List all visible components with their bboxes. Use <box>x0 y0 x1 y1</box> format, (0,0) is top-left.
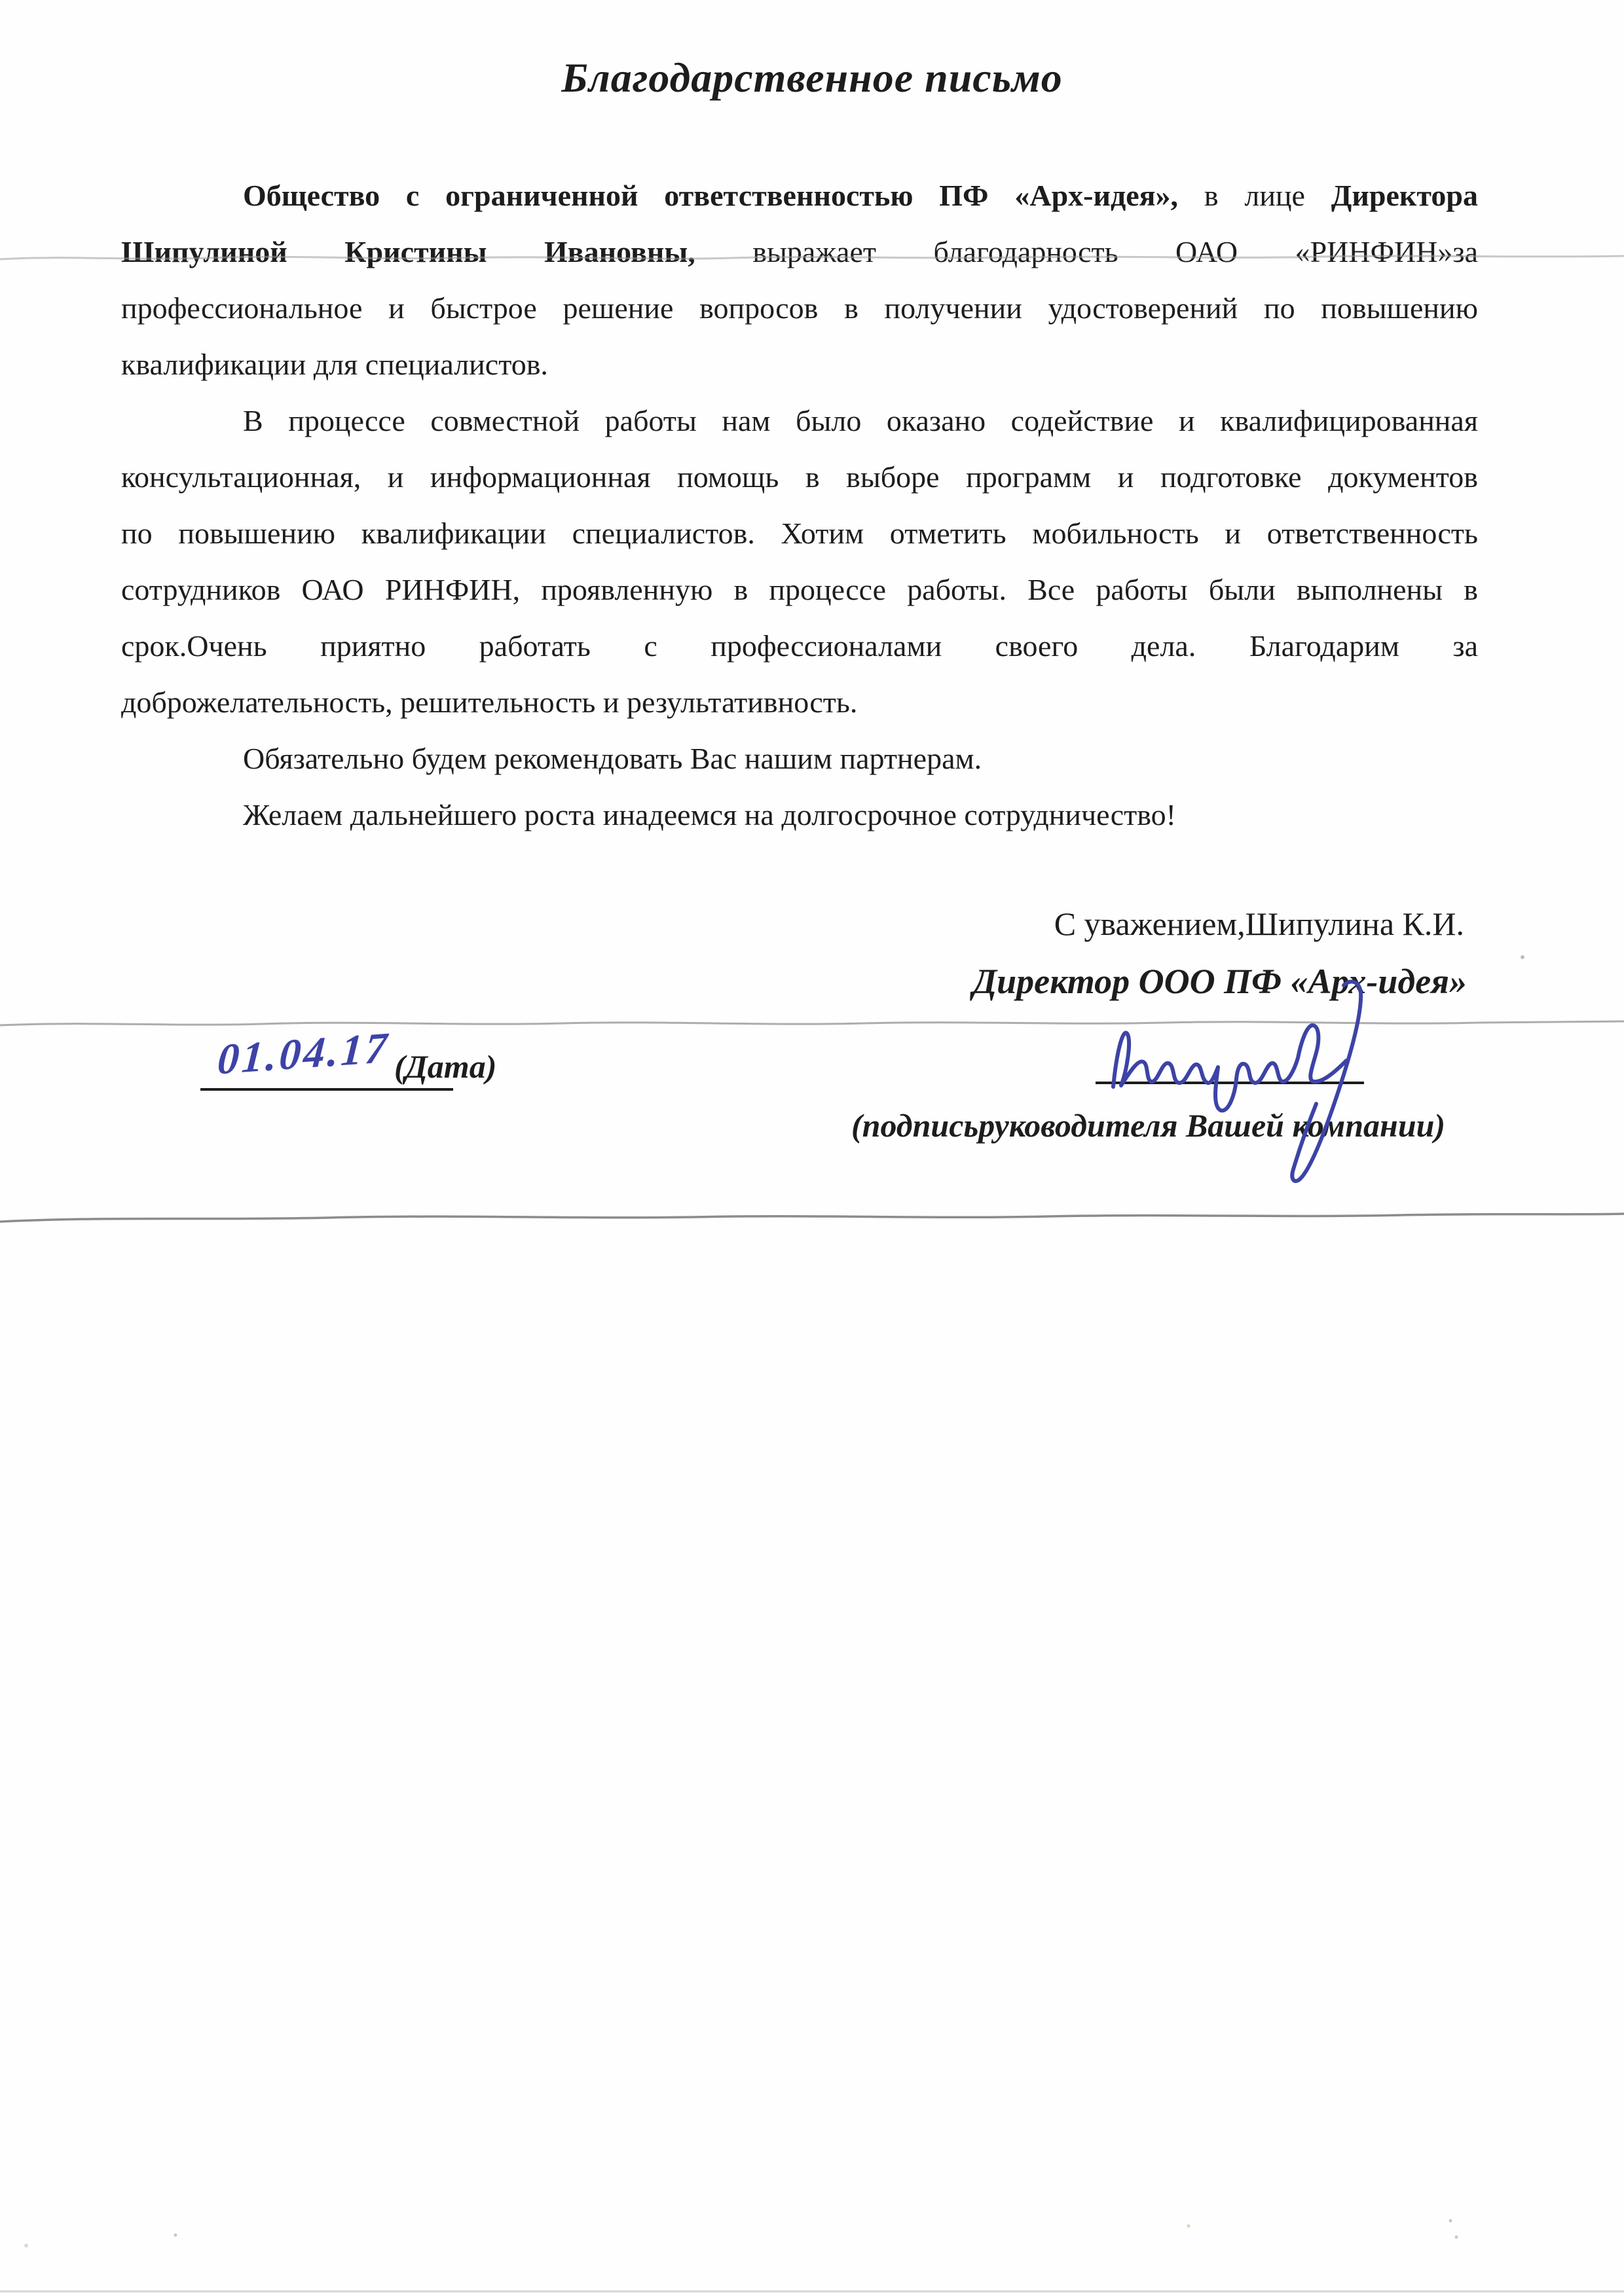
body-text: выражает благодарность ОАО «РИНФИН»за <box>695 235 1478 268</box>
scan-crease-line-3 <box>0 1214 1624 1222</box>
body-text: В процессе совместной работы нам было ок… <box>243 404 1478 437</box>
body-text: Желаем дальнейшего роста инадеемся на до… <box>243 798 1176 831</box>
scan-speck <box>1449 2219 1452 2223</box>
body-text-bold: Шипулиной Кристины Ивановны, <box>121 235 695 268</box>
body-line: срок.Очень приятно работать с профессион… <box>121 618 1478 674</box>
body-text: доброжелательность, решительность и резу… <box>121 685 857 719</box>
body-text: консультационная, и информационная помощ… <box>121 460 1478 494</box>
scan-speck <box>1187 2225 1190 2228</box>
date-underline <box>200 1088 453 1091</box>
scan-crease-line-2 <box>0 1021 1624 1025</box>
scan-speck <box>174 2234 177 2237</box>
body-text-bold: Общество с ограниченной ответственностью… <box>243 179 1178 212</box>
signature-underline <box>1096 1082 1364 1084</box>
body-lines: Общество с ограниченной ответственностью… <box>121 168 1478 843</box>
body-line: сотрудников ОАО РИНФИН, проявленную в пр… <box>121 562 1478 618</box>
body-text: профессиональное и быстрое решение вопро… <box>121 291 1478 325</box>
body-line: консультационная, и информационная помощ… <box>121 449 1478 505</box>
body-line: Желаем дальнейшего роста инадеемся на до… <box>121 787 1478 843</box>
document-page: Благодарственное письмо Общество с огран… <box>0 0 1624 2296</box>
body-text: срок.Очень приятно работать с профессион… <box>121 629 1478 663</box>
body-line: Обязательно будем рекомендовать Вас наши… <box>121 731 1478 787</box>
closing-signatory-title: Директор ООО ПФ «Арх-идея» <box>972 961 1467 1002</box>
body-line: профессиональное и быстрое решение вопро… <box>121 280 1478 337</box>
closing-regards: С уважением,Шипулина К.И. <box>1054 905 1464 943</box>
date-caption: (Дата) <box>394 1048 496 1085</box>
body-line: Шипулиной Кристины Ивановны, выражает бл… <box>121 224 1478 280</box>
signature-caption: (подписьруководителя Вашей компании) <box>851 1106 1445 1144</box>
body-text: сотрудников ОАО РИНФИН, проявленную в пр… <box>121 573 1478 606</box>
body-line: по повышению квалификации специалистов. … <box>121 505 1478 562</box>
body-text: Обязательно будем рекомендовать Вас наши… <box>243 742 982 775</box>
body-line: Общество с ограниченной ответственностью… <box>121 168 1478 224</box>
scan-speck <box>1521 955 1524 959</box>
body-line: квалификации для специалистов. <box>121 337 1478 393</box>
body-text: в лице <box>1178 179 1331 212</box>
body-line: В процессе совместной работы нам было ок… <box>121 393 1478 449</box>
date-handwriting: 01.04.17 <box>216 1023 392 1085</box>
body-line: доброжелательность, решительность и резу… <box>121 674 1478 731</box>
body-text: квалификации для специалистов. <box>121 348 548 381</box>
letter-title: Благодарственное письмо <box>0 54 1624 102</box>
body-text-bold: Директора <box>1331 179 1478 212</box>
body-text: по повышению квалификации специалистов. … <box>121 517 1478 550</box>
scan-speck <box>24 2244 28 2248</box>
signature-handwriting <box>1113 1025 1346 1110</box>
scan-speck <box>1455 2236 1458 2239</box>
